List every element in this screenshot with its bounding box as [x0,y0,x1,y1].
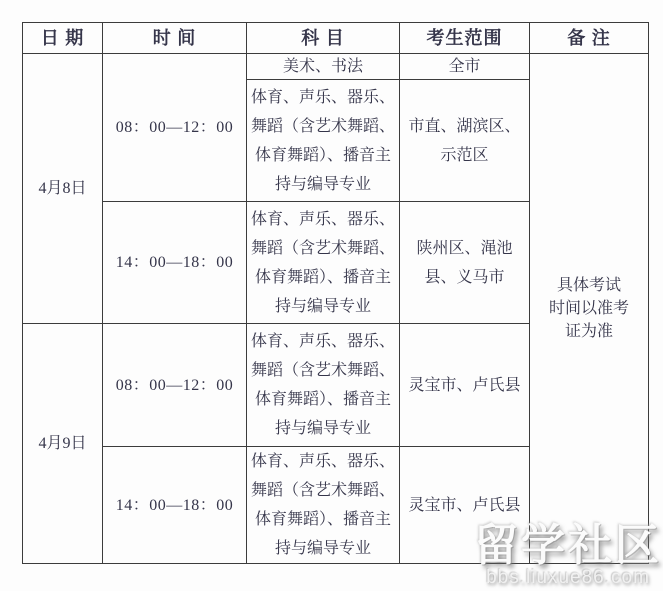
cell-scope-april9-afternoon: 灵宝市、卢氏县 [400,447,530,564]
exam-schedule-table: 日 期 时 间 科 目 考生范围 备 注 4月8日 08：00—12：00 美术… [22,22,649,564]
table-row: 4月8日 08：00—12：00 美术、书法 全市 具体考试 时间以准考 证为准 [23,54,649,80]
cell-scope-april9-morning: 灵宝市、卢氏县 [400,324,530,447]
cell-time-april8-afternoon: 14：00—18：00 [103,202,247,324]
header-date: 日 期 [23,23,103,54]
table-header-row: 日 期 时 间 科 目 考生范围 备 注 [23,23,649,54]
watermark-site-url: bbs.liuxue86.com [474,567,662,589]
header-scope: 考生范围 [400,23,530,54]
header-note: 备 注 [530,23,649,54]
cell-subject-april8-morning: 体育、声乐、器乐、 舞蹈（含艺术舞蹈、 体育舞蹈）、播音主 持与编导专业 [247,80,400,202]
cell-scope-april8-afternoon: 陕州区、渑池 县、义马市 [400,202,530,324]
cell-time-april9-morning: 08：00—12：00 [103,324,247,447]
cell-time-april8-morning: 08：00—12：00 [103,54,247,202]
cell-scope-art: 全市 [400,54,530,80]
header-subject: 科 目 [247,23,400,54]
cell-scope-april8-morning: 市直、湖滨区、 示范区 [400,80,530,202]
cell-subject-april9-morning: 体育、声乐、器乐、 舞蹈（含艺术舞蹈、 体育舞蹈）、播音主 持与编导专业 [247,324,400,447]
cell-subject-art: 美术、书法 [247,54,400,80]
cell-date-april9: 4月9日 [23,324,103,564]
cell-subject-april8-afternoon: 体育、声乐、器乐、 舞蹈（含艺术舞蹈、 体育舞蹈）、播音主 持与编导专业 [247,202,400,324]
cell-note: 具体考试 时间以准考 证为准 [530,54,649,564]
cell-date-april8: 4月8日 [23,54,103,324]
cell-subject-april9-afternoon: 体育、声乐、器乐、 舞蹈（含艺术舞蹈、 体育舞蹈）、播音主 持与编导专业 [247,447,400,564]
header-time: 时 间 [103,23,247,54]
cell-time-april9-afternoon: 14：00—18：00 [103,447,247,564]
exam-schedule-page: 日 期 时 间 科 目 考生范围 备 注 4月8日 08：00—12：00 美术… [0,0,663,591]
